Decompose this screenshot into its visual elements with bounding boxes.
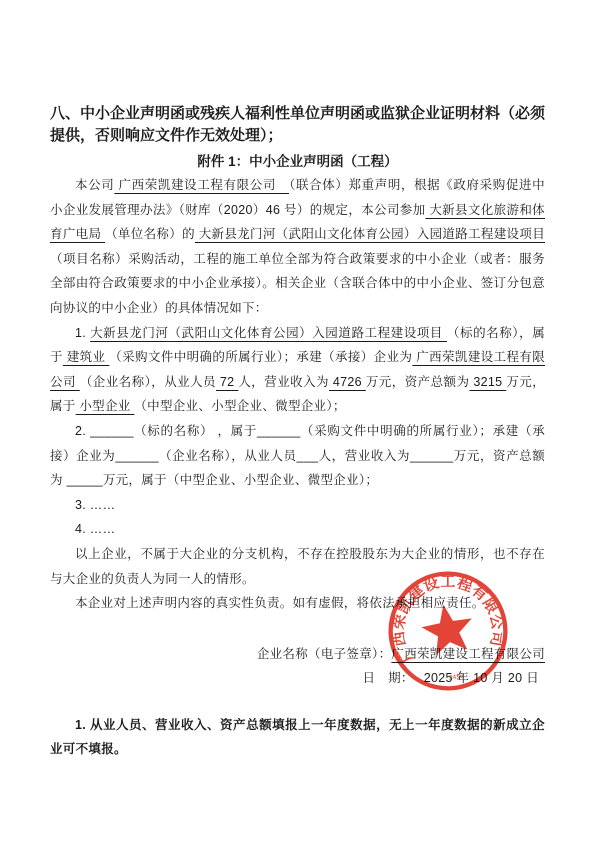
filled-blank: 大新县龙门河（武阳山文化体育公园）入园道路工程建设项目 bbox=[90, 326, 447, 340]
date-line: 日 期：2025 年 10 月 20 日 bbox=[50, 666, 545, 691]
filled-blank: 广西荣凯建设工程有限公司 bbox=[114, 178, 289, 192]
attachment-title: 附件 1：中小企业声明函（工程） bbox=[50, 151, 545, 173]
closing-paragraph-2: 本企业对上述声明内容的真实性负责。如有虚假，将依法承担相应责任。 bbox=[50, 591, 545, 616]
text-run: 人，营业收入为 bbox=[238, 375, 329, 389]
text-run: （采购文件中明确的所属行业）；承建（承接）企业为 bbox=[109, 350, 412, 364]
filled-blank: 建筑业 bbox=[63, 350, 109, 364]
date-value: 2025 年 10 月 20 日 bbox=[424, 671, 539, 685]
text-run: （中型企业、小型企业、微型企业）； bbox=[134, 399, 345, 413]
item-4-paragraph: 4. …… bbox=[50, 517, 545, 542]
text-run: （单位名称）的 bbox=[105, 227, 195, 241]
filled-blank: 72 bbox=[216, 375, 238, 389]
filled-blank: 小型企业 bbox=[76, 399, 135, 413]
item-1-paragraph: 1. 大新县龙门河（武阳山文化体育公园）入园道路工程建设项目 （标的名称），属于… bbox=[50, 321, 545, 419]
date-label: 日 期： bbox=[363, 671, 414, 685]
signature-line: 企业名称（电子签章）：广西荣凯建设工程有限公司 bbox=[50, 642, 545, 667]
signature-company: 广西荣凯建设工程有限公司 bbox=[391, 647, 545, 661]
document-content: 八、中小企业声明函或残疾人福利性单位声明函或监狱企业证明材料（必须提供，否则响应… bbox=[0, 0, 595, 762]
item-3-paragraph: 3. …… bbox=[50, 493, 545, 518]
filled-blank: 4726 bbox=[329, 375, 366, 389]
signature-label: 企业名称（电子签章）： bbox=[257, 647, 392, 661]
filled-blank: 3215 bbox=[469, 375, 506, 389]
text-run: 万元，资产总额为 bbox=[366, 375, 470, 389]
text-run: 1. bbox=[75, 326, 90, 340]
declaration-paragraph: 本公司 广西荣凯建设工程有限公司 （联合体）郑重声明，根据《政府采购促进中小企业… bbox=[50, 173, 545, 321]
text-run: （企业名称），从业人员 bbox=[80, 375, 216, 389]
document-page: 八、中小企业声明函或残疾人福利性单位声明函或监狱企业证明材料（必须提供，否则响应… bbox=[0, 0, 595, 841]
section-heading: 八、中小企业声明函或残疾人福利性单位声明函或监狱企业证明材料（必须提供，否则响应… bbox=[50, 103, 545, 147]
closing-paragraph-1: 以上企业，不属于大企业的分支机构，不存在控股股东为大企业的情形，也不存在与大企业… bbox=[50, 542, 545, 591]
filled-blank: 大新县龙门河（武阳山文化体育公园）入园道路工程建设项目 bbox=[195, 227, 545, 241]
item-2-paragraph: 2. ______（标的名称） ，属于______（采购文件中明确的所属行业）；… bbox=[50, 419, 545, 493]
footnote: 1. 从业人员、营业收入、资产总额填报上一年度数据，无上一年度数据的新成立企业可… bbox=[50, 713, 545, 762]
text-run: 本公司 bbox=[75, 178, 114, 192]
text-run: （项目名称）采购活动，工程的施工单位全部为符合政策要求的中小企业（或者：服务全部… bbox=[50, 252, 545, 315]
